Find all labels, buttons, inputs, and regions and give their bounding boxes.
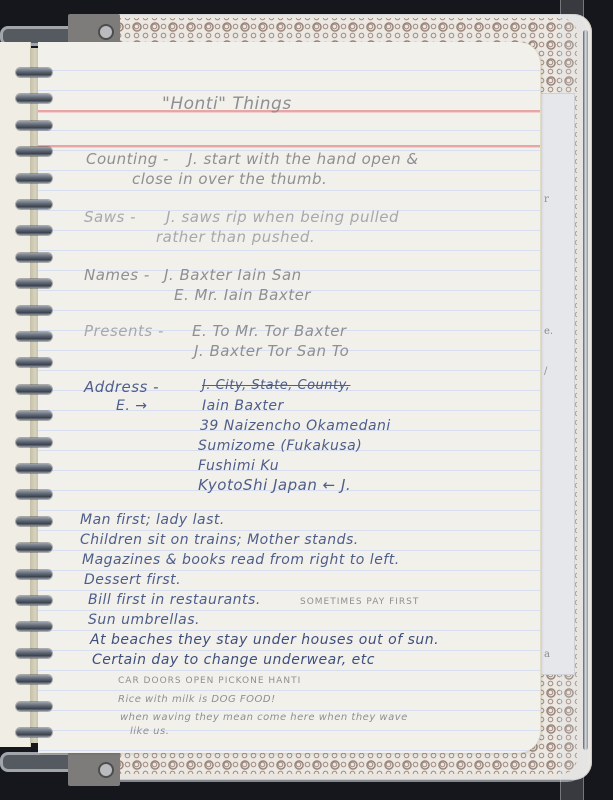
spiral-ring-icon xyxy=(16,702,52,711)
binder-clip-bottom xyxy=(68,752,120,786)
spiral-ring-icon xyxy=(16,332,52,341)
spiral-binding xyxy=(16,0,56,800)
address-line: Sumizome (Fukakusa) xyxy=(198,438,362,454)
plastic-sleeve-edge xyxy=(583,30,588,750)
custom-item: At beaches they stay under houses out of… xyxy=(90,632,439,648)
spiral-ring-icon xyxy=(16,200,52,209)
spiral-ring-icon xyxy=(16,68,52,77)
spiral-ring-icon xyxy=(16,226,52,235)
spiral-ring-icon xyxy=(16,517,52,526)
spiral-ring-icon xyxy=(16,675,52,684)
spiral-ring-icon xyxy=(16,174,52,183)
entry-line: E. To Mr. Tor Baxter xyxy=(192,322,347,340)
custom-item: Magazines & books read from right to lef… xyxy=(82,552,400,568)
annotation-note: Rice with milk is DOG FOOD! xyxy=(118,694,276,705)
spiral-ring-icon xyxy=(16,438,52,447)
entry-line: J. start with the hand open & xyxy=(188,150,419,168)
entry-line: rather than pushed. xyxy=(156,228,315,246)
custom-item: Children sit on trains; Mother stands. xyxy=(80,532,359,548)
spiral-ring-icon xyxy=(16,411,52,420)
entry-label-counting: Counting - xyxy=(86,150,169,168)
custom-item: Man first; lady last. xyxy=(80,512,225,528)
address-line: Iain Baxter xyxy=(202,398,284,414)
spiral-ring-icon xyxy=(16,306,52,315)
entry-label-saws: Saws - xyxy=(84,208,136,226)
spiral-ring-icon xyxy=(16,147,52,156)
rivet-icon xyxy=(98,762,114,778)
entry-line: close in over the thumb. xyxy=(132,170,327,188)
custom-item: Certain day to change underwear, etc xyxy=(92,652,375,668)
entry-line: J. Baxter Iain San xyxy=(164,266,302,284)
entry-line: E. Mr. Iain Baxter xyxy=(174,286,311,304)
address-line: 39 Naizencho Okamedani xyxy=(200,418,391,434)
custom-item: Sun umbrellas. xyxy=(88,612,200,628)
custom-item: Bill first in restaurants. xyxy=(88,592,261,608)
address-line: Fushimi Ku xyxy=(198,458,279,474)
entry-line: J. Baxter Tor San To xyxy=(194,342,349,360)
entry-label-address: Address - xyxy=(84,378,159,396)
spiral-ring-icon xyxy=(16,253,52,262)
page-title: "Honti" Things xyxy=(162,94,292,114)
entry-label-presents: Presents - xyxy=(84,322,164,340)
entry-label-names: Names - xyxy=(84,266,150,284)
annotation-note: CAR DOORS OPEN PICKONE HANTI xyxy=(118,676,301,686)
struck-out-line: J. City, State, County, xyxy=(202,378,350,393)
address-line: KyotoShi Japan ← J. xyxy=(198,476,351,494)
annotation-note: when waving they mean come here when the… xyxy=(120,712,408,723)
spiral-ring-icon xyxy=(16,358,52,367)
spiral-ring-icon xyxy=(16,464,52,473)
entry-line: J. saws rip when being pulled xyxy=(166,208,399,226)
spiral-ring-icon xyxy=(16,94,52,103)
spiral-ring-icon xyxy=(16,543,52,552)
spiral-ring-icon xyxy=(16,596,52,605)
red-margin-line xyxy=(38,145,540,147)
spiral-ring-icon xyxy=(16,279,52,288)
spiral-ring-icon xyxy=(16,622,52,631)
address-sub-label: E. → xyxy=(116,398,147,414)
custom-item: Dessert first. xyxy=(84,572,181,588)
spiral-ring-icon xyxy=(16,490,52,499)
rivet-icon xyxy=(98,24,114,40)
annotation-note: SOMETIMES PAY FIRST xyxy=(300,597,419,607)
notebook-page: "Honti" Things Counting - J. start with … xyxy=(38,42,540,753)
spiral-ring-icon xyxy=(16,121,52,130)
spiral-ring-icon xyxy=(16,728,52,737)
annotation-note: like us. xyxy=(130,726,169,737)
spiral-ring-icon xyxy=(16,385,52,394)
spiral-ring-icon xyxy=(16,649,52,658)
spiral-ring-icon xyxy=(16,570,52,579)
